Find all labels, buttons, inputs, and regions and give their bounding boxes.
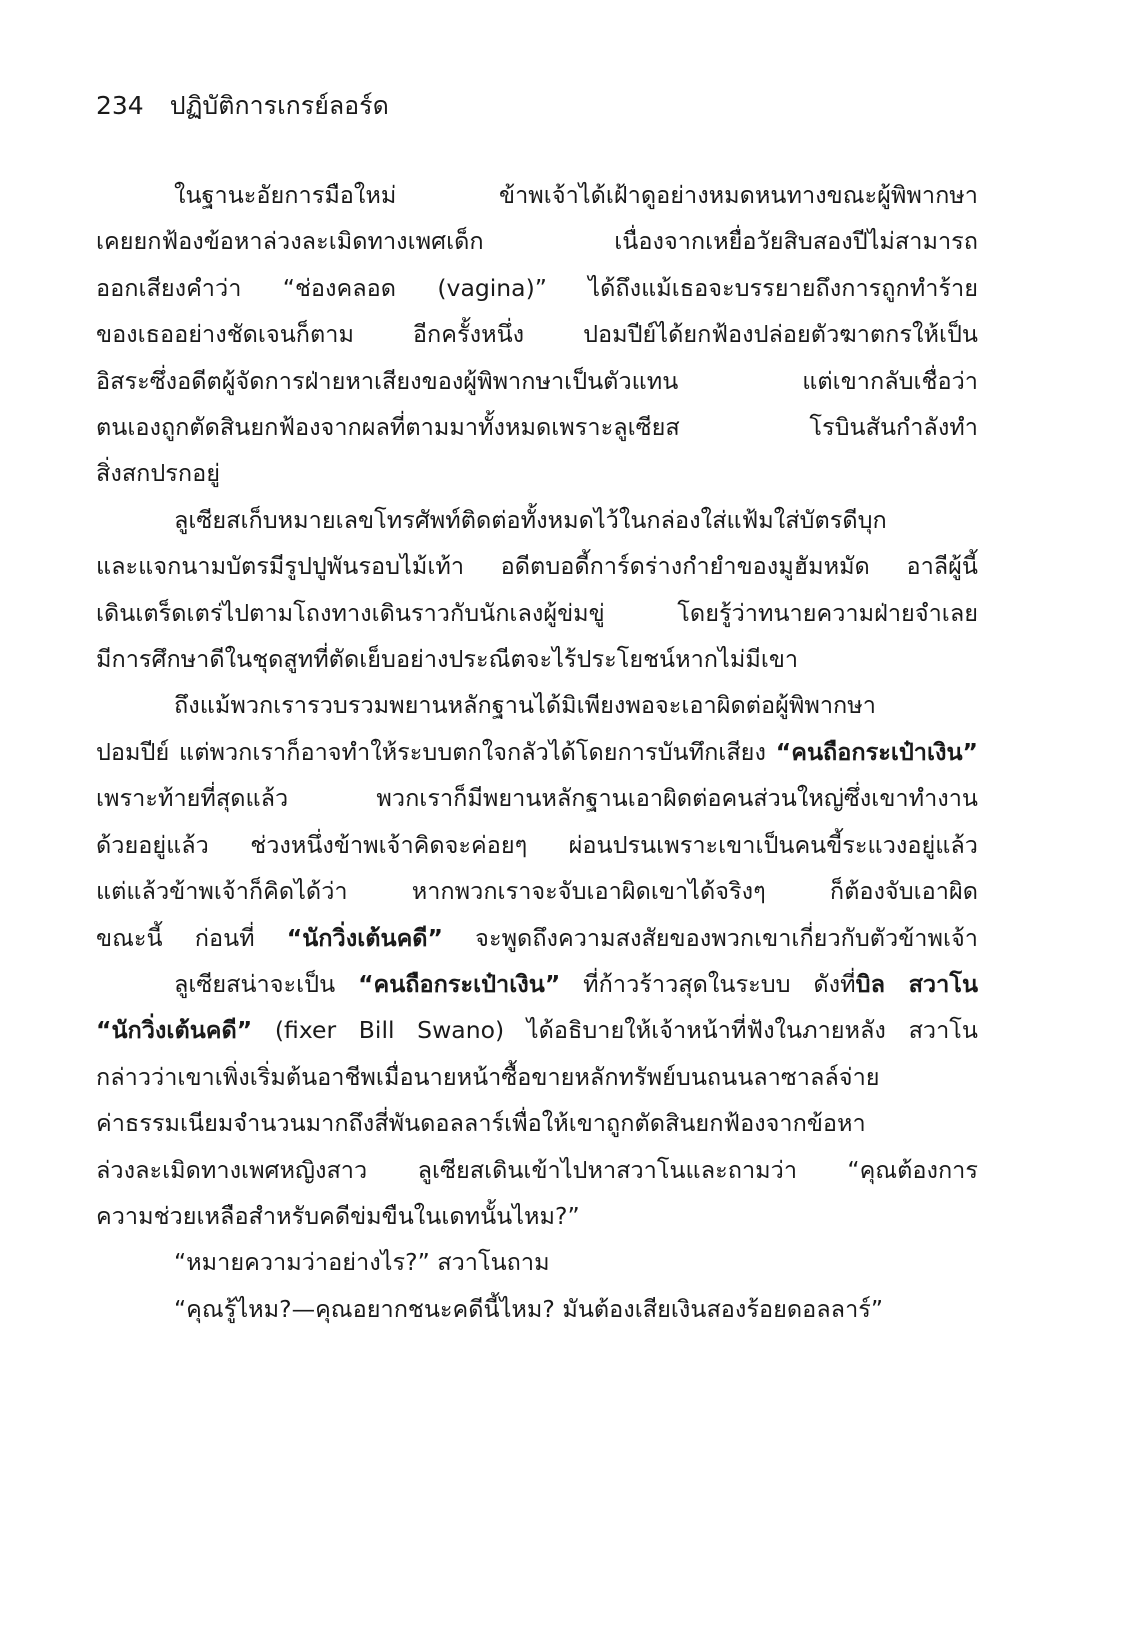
- text-run: ถึงแม้พวกเรารวบรวมพยานหลักฐานได้มิเพียงพ…: [174, 691, 876, 719]
- text-line: ด้วยอยู่แล้ว ช่วงหนึ่งข้าพเจ้าคิดจะค่อยๆ…: [96, 822, 978, 868]
- text-run: สิ่งสกปรกอยู่: [96, 459, 220, 487]
- bold-phrase: “คนถือกระเป๋าเงิน”: [358, 970, 560, 998]
- text-run: ในฐานะอัยการมือใหม่ ข้าพเจ้าได้เฝ้าดูอย่…: [174, 181, 978, 209]
- paragraph: ลูเซียสเก็บหมายเลขโทรศัพท์ติดต่อทั้งหมดไ…: [96, 497, 978, 683]
- page-number: 234: [96, 91, 144, 120]
- text-line: ลูเซียสเก็บหมายเลขโทรศัพท์ติดต่อทั้งหมดไ…: [96, 497, 978, 543]
- text-line: เคยยกฟ้องข้อหาล่วงละเมิดทางเพศเด็ก เนื่อ…: [96, 218, 978, 264]
- text-run: ของเธออย่างชัดเจนก็ตาม อีกครั้งหนึ่ง ปอม…: [96, 320, 978, 348]
- text-line: ตนเองถูกตัดสินยกฟ้องจากผลที่ตามมาทั้งหมด…: [96, 404, 978, 450]
- text-line: ในฐานะอัยการมือใหม่ ข้าพเจ้าได้เฝ้าดูอย่…: [96, 172, 978, 218]
- text-line: ขณะนี้ ก่อนที่ “นักวิ่งเต้นคดี” จะพูดถึง…: [96, 915, 978, 961]
- text-line: “คุณรู้ไหม?—คุณอยากชนะคดีนี้ไหม? มันต้อง…: [96, 1286, 978, 1332]
- bold-phrase: “คนถือกระเป๋าเงิน”: [776, 738, 978, 766]
- text-line: เดินเตร็ดเตร่ไปตามโถงทางเดินราวกับนักเลง…: [96, 590, 978, 636]
- text-run: ด้วยอยู่แล้ว ช่วงหนึ่งข้าพเจ้าคิดจะค่อยๆ…: [96, 831, 978, 859]
- text-run: แต่แล้วข้าพเจ้าก็คิดได้ว่า หากพวกเราจะจั…: [96, 877, 978, 905]
- text-line: ออกเสียงคำว่า “ช่องคลอด (vagina)” ได้ถึง…: [96, 265, 978, 311]
- book-title: ปฏิบัติการเกรย์ลอร์ด: [170, 86, 389, 126]
- text-line: และแจกนามบัตรมีรูปปูพันรอบไม้เท้า อดีตบอ…: [96, 543, 978, 589]
- text-run: (fixer Bill Swano) ได้อธิบายให้เจ้าหน้าท…: [252, 1016, 978, 1044]
- text-run: เดินเตร็ดเตร่ไปตามโถงทางเดินราวกับนักเลง…: [96, 599, 978, 627]
- text-run: ที่ก้าวร้าวสุดในระบบ ดังที่: [560, 970, 855, 998]
- bold-phrase: “นักวิ่งเต้นคดี”: [96, 1016, 252, 1044]
- text-line: ลูเซียสน่าจะเป็น “คนถือกระเป๋าเงิน” ที่ก…: [96, 961, 978, 1007]
- paragraph: “หมายความว่าอย่างไร?” สวาโนถาม: [96, 1239, 978, 1285]
- text-line: “นักวิ่งเต้นคดี” (fixer Bill Swano) ได้อ…: [96, 1007, 978, 1053]
- text-run: ความช่วยเหลือสำหรับคดีข่มขืนในเดทนั้นไหม…: [96, 1202, 580, 1230]
- text-run: เคยยกฟ้องข้อหาล่วงละเมิดทางเพศเด็ก เนื่อ…: [96, 227, 978, 255]
- text-run: “คุณรู้ไหม?—คุณอยากชนะคดีนี้ไหม? มันต้อง…: [174, 1295, 883, 1323]
- text-run: ตนเองถูกตัดสินยกฟ้องจากผลที่ตามมาทั้งหมด…: [96, 413, 978, 441]
- text-run: จะพูดถึงความสงสัยของพวกเขาเกี่ยวกับตัวข้…: [443, 924, 978, 952]
- text-run: ค่าธรรมเนียมจำนวนมากถึงสี่พันดอลลาร์เพื่…: [96, 1109, 866, 1137]
- text-line: “หมายความว่าอย่างไร?” สวาโนถาม: [96, 1239, 978, 1285]
- text-line: มีการศึกษาดีในชุดสูทที่ตัดเย็บอย่างประณี…: [96, 636, 978, 682]
- text-line: ล่วงละเมิดทางเพศหญิงสาว ลูเซียสเดินเข้าไ…: [96, 1147, 978, 1193]
- text-run: “หมายความว่าอย่างไร?” สวาโนถาม: [174, 1248, 550, 1276]
- bold-phrase: “นักวิ่งเต้นคดี”: [287, 924, 443, 952]
- paragraph: “คุณรู้ไหม?—คุณอยากชนะคดีนี้ไหม? มันต้อง…: [96, 1286, 978, 1332]
- body-text: ในฐานะอัยการมือใหม่ ข้าพเจ้าได้เฝ้าดูอย่…: [96, 172, 978, 1332]
- text-run: ขณะนี้ ก่อนที่: [96, 924, 287, 952]
- text-run: ลูเซียสเก็บหมายเลขโทรศัพท์ติดต่อทั้งหมดไ…: [174, 506, 887, 534]
- text-run: กล่าวว่าเขาเพิ่งเริ่มต้นอาชีพเมื่อนายหน้…: [96, 1063, 880, 1091]
- text-run: และแจกนามบัตรมีรูปปูพันรอบไม้เท้า อดีตบอ…: [96, 552, 978, 580]
- text-line: ความช่วยเหลือสำหรับคดีข่มขืนในเดทนั้นไหม…: [96, 1193, 978, 1239]
- text-line: ของเธออย่างชัดเจนก็ตาม อีกครั้งหนึ่ง ปอม…: [96, 311, 978, 357]
- text-line: กล่าวว่าเขาเพิ่งเริ่มต้นอาชีพเมื่อนายหน้…: [96, 1054, 978, 1100]
- text-line: เพราะท้ายที่สุดแล้ว พวกเราก็มีพยานหลักฐา…: [96, 775, 978, 821]
- text-run: ออกเสียงคำว่า “ช่องคลอด (vagina)” ได้ถึง…: [96, 274, 978, 302]
- text-line: อิสระซึ่งอดีตผู้จัดการฝ่ายหาเสียงของผู้พ…: [96, 358, 978, 404]
- text-line: แต่แล้วข้าพเจ้าก็คิดได้ว่า หากพวกเราจะจั…: [96, 868, 978, 914]
- text-run: อิสระซึ่งอดีตผู้จัดการฝ่ายหาเสียงของผู้พ…: [96, 367, 978, 395]
- paragraph: ในฐานะอัยการมือใหม่ ข้าพเจ้าได้เฝ้าดูอย่…: [96, 172, 978, 497]
- text-run: ลูเซียสน่าจะเป็น: [174, 970, 358, 998]
- text-run: ล่วงละเมิดทางเพศหญิงสาว ลูเซียสเดินเข้าไ…: [96, 1156, 978, 1184]
- text-run: ปอมปีย์ แต่พวกเราก็อาจทำให้ระบบตกใจกลัวไ…: [96, 738, 776, 766]
- bold-phrase: บิล สวาโน: [856, 970, 978, 998]
- running-head: 234 ปฏิบัติการเกรย์ลอร์ด: [96, 86, 389, 126]
- text-line: สิ่งสกปรกอยู่: [96, 450, 978, 496]
- text-run: เพราะท้ายที่สุดแล้ว พวกเราก็มีพยานหลักฐา…: [96, 784, 978, 812]
- paragraph: ลูเซียสน่าจะเป็น “คนถือกระเป๋าเงิน” ที่ก…: [96, 961, 978, 1239]
- text-line: ปอมปีย์ แต่พวกเราก็อาจทำให้ระบบตกใจกลัวไ…: [96, 729, 978, 775]
- text-run: มีการศึกษาดีในชุดสูทที่ตัดเย็บอย่างประณี…: [96, 645, 798, 673]
- paragraph: ถึงแม้พวกเรารวบรวมพยานหลักฐานได้มิเพียงพ…: [96, 682, 978, 960]
- text-line: ถึงแม้พวกเรารวบรวมพยานหลักฐานได้มิเพียงพ…: [96, 682, 978, 728]
- text-line: ค่าธรรมเนียมจำนวนมากถึงสี่พันดอลลาร์เพื่…: [96, 1100, 978, 1146]
